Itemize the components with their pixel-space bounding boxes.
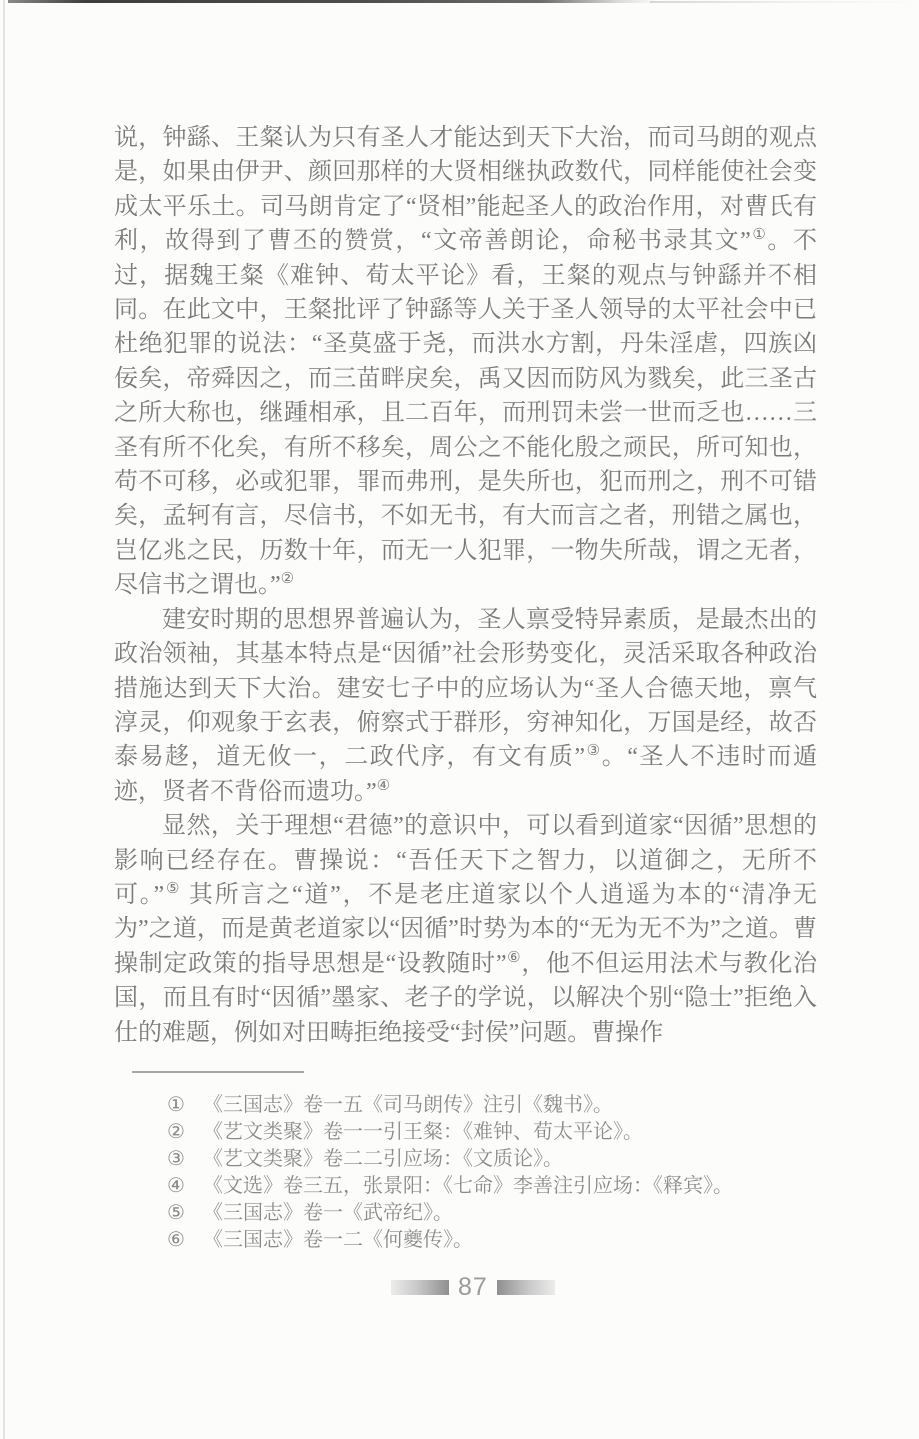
paragraph: 显然，关于理想“君德”的意识中，可以看到道家“因循”思想的影响已经存在。曹操说：…	[114, 809, 817, 1050]
footnote-ref: ④	[377, 778, 390, 794]
footnote-marker: ④	[167, 1173, 203, 1200]
footnote-item: ③《艺文类聚》卷二二引应场：《文质论》。	[167, 1146, 827, 1173]
page-number-ornament-left	[391, 1280, 449, 1295]
footnote-ref: ⑥	[506, 950, 521, 966]
footnote-text: 《三国志》卷一《武帝纪》。	[203, 1200, 827, 1227]
footnote-separator	[132, 1071, 304, 1073]
footnote-marker: ⑥	[167, 1227, 203, 1254]
footnote-ref: ②	[281, 571, 294, 587]
footnote-ref: ③	[585, 743, 602, 759]
footnotes: ①《三国志》卷一五《司马朗传》注引《魏书》。②《艺文类聚》卷一一引王粲：《难钟、…	[167, 1092, 827, 1254]
footnote-ref: ①	[751, 227, 768, 243]
paragraph: 建安时期的思想界普遍认为，圣人禀受特异素质，是最杰出的政治领袖，其基本特点是“因…	[114, 603, 817, 809]
footnote-marker: ③	[167, 1146, 203, 1173]
body-text: 说，钟繇、王粲认为只有圣人才能达到天下大治，而司马朗的观点是，如果由伊尹、颜回那…	[114, 121, 817, 1050]
book-page: 说，钟繇、王粲认为只有圣人才能达到天下大治，而司马朗的观点是，如果由伊尹、颜回那…	[0, 0, 919, 1439]
footnote-marker: ⑤	[167, 1200, 203, 1227]
footnote-item: ④《文选》卷三五，张景阳：《七命》李善注引应场：《释宾》。	[167, 1173, 827, 1200]
page-footer: 87	[391, 1274, 555, 1300]
page-number: 87	[458, 1274, 488, 1300]
footnote-text: 《文选》卷三五，张景阳：《七命》李善注引应场：《释宾》。	[203, 1173, 827, 1200]
page-number-ornament-right	[497, 1280, 555, 1295]
footnote-item: ⑤《三国志》卷一《武帝纪》。	[167, 1200, 827, 1227]
footnote-text: 《三国志》卷一五《司马朗传》注引《魏书》。	[203, 1092, 827, 1119]
footnote-text: 《三国志》卷一二《何夔传》。	[203, 1227, 827, 1254]
paragraph: 说，钟繇、王粲认为只有圣人才能达到天下大治，而司马朗的观点是，如果由伊尹、颜回那…	[114, 121, 817, 603]
scan-artifact-top-line	[8, 0, 658, 3]
scan-artifact-left-edge	[3, 0, 5, 1439]
footnote-marker: ②	[167, 1119, 203, 1146]
footnote-text: 《艺文类聚》卷二二引应场：《文质论》。	[203, 1146, 827, 1173]
footnote-item: ⑥《三国志》卷一二《何夔传》。	[167, 1227, 827, 1254]
footnote-marker: ①	[167, 1092, 203, 1119]
footnote-item: ②《艺文类聚》卷一一引王粲：《难钟、荀太平论》。	[167, 1119, 827, 1146]
scan-artifact-top-haze	[650, 1, 919, 3]
footnote-text: 《艺文类聚》卷一一引王粲：《难钟、荀太平论》。	[203, 1119, 827, 1146]
footnote-ref: ⑤	[164, 881, 181, 897]
footnote-item: ①《三国志》卷一五《司马朗传》注引《魏书》。	[167, 1092, 827, 1119]
